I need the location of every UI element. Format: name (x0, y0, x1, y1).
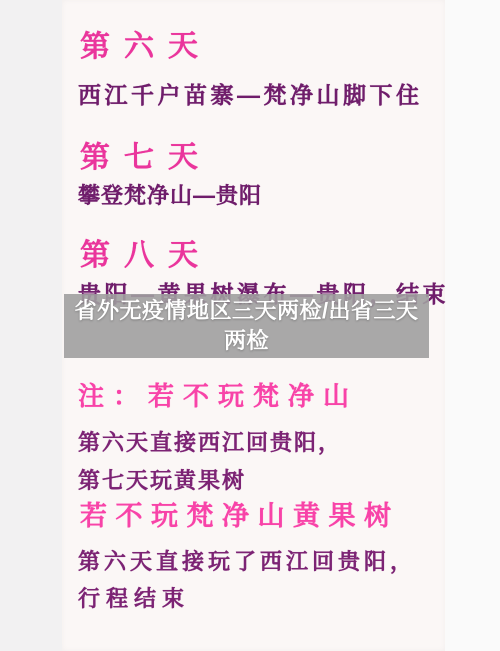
day8-title: 第八天 (80, 241, 212, 271)
day6-title: 第六天 (80, 32, 212, 63)
note-line4: 行程结束 (78, 588, 190, 610)
note-line2: 第七天玩黄果树 (78, 470, 246, 492)
note-title: 注：若不玩梵净山 (78, 383, 358, 409)
note-photo: 第六天 西江千户苗寨—梵净山脚下住 第七天 攀登梵净山—贵阳 第八天 贵阳—黄果… (0, 0, 500, 651)
day6-route: 西江千户苗寨—梵净山脚下住 (78, 84, 423, 107)
note-line3: 第六天直接玩了西江回贵阳， (78, 551, 416, 573)
note-line1: 第六天直接西江回贵阳， (78, 432, 342, 454)
photo-right-margin (445, 0, 500, 651)
banner-text-line2: 两检 (224, 327, 269, 355)
banner-text-line1: 省外无疫情地区三天两检/出省三天 (74, 297, 418, 325)
note-title2: 若不玩梵净山黄果树 (80, 503, 400, 530)
covid-test-notice-banner: 省外无疫情地区三天两检/出省三天 两检 (64, 294, 429, 358)
day7-route: 攀登梵净山—贵阳 (78, 185, 262, 207)
day7-title: 第七天 (80, 143, 212, 174)
